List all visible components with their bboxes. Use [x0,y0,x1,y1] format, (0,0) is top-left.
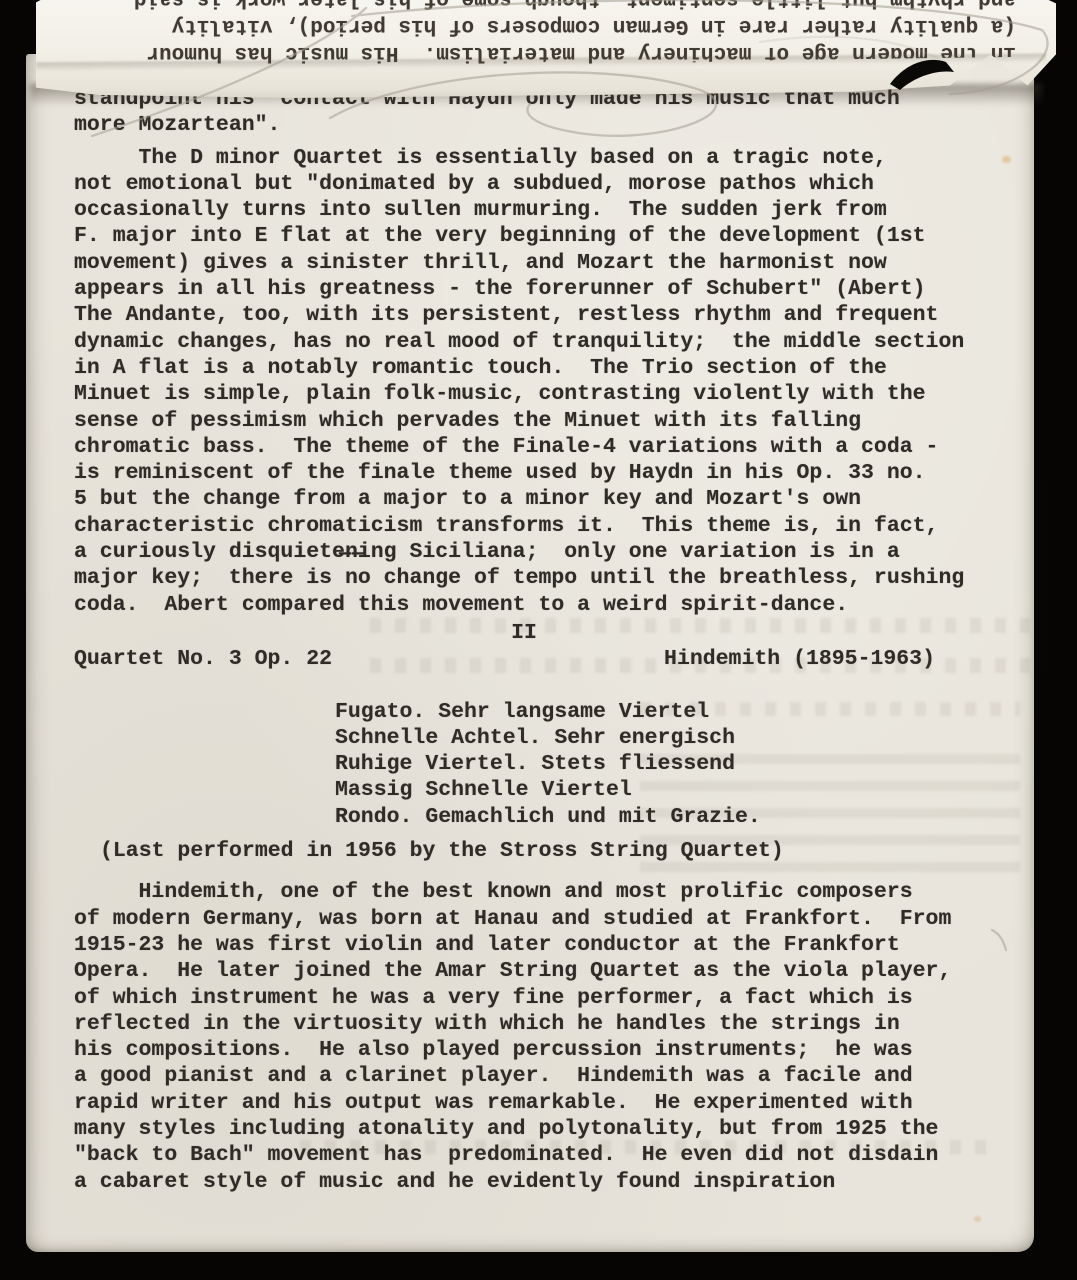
folded-page-top: in the modern age of machinery and mater… [36,0,1056,98]
mozart-paragraph: The D minor Quartet is essentially based… [74,145,1014,618]
document-page: standpoint his contact with Haydn only m… [26,54,1034,1252]
movement-item: Fugato. Sehr langsame Viertel [335,699,1014,725]
flipped-text-line: and rhythm but little sentiment, though … [76,0,1016,12]
foxing-stain [974,1216,981,1222]
movement-item: Ruhige Viertel. Stets fliessend [335,751,1014,777]
typed-text-block: standpoint his contact with Haydn only m… [74,86,1014,1195]
section-heading: II [74,620,1014,646]
movement-item: Massig Schnelle Viertel [335,777,1014,803]
movement-list: Fugato. Sehr langsame Viertel Schnelle A… [335,699,1014,830]
flipped-text-clip: in the modern age of machinery and mater… [36,0,1056,98]
work-title: Quartet No. 3 Op. 22 [74,646,332,672]
scan-background: standpoint his contact with Haydn only m… [0,0,1077,1280]
hindemith-paragraph: Hindemith, one of the best known and mos… [74,879,1014,1195]
flipped-text-line: (a quality rather rare in German compose… [76,12,1016,39]
work-header: Quartet No. 3 Op. 22 Hindemith (1895-196… [74,646,1014,672]
movement-item: Rondo. Gemachlich und mit Grazie. [335,804,1014,830]
movement-item: Schnelle Achtel. Sehr energisch [335,725,1014,751]
composer-name: Hindemith (1895-1963) [664,646,935,672]
last-performed-note: (Last performed in 1956 by the Stross St… [74,838,1014,864]
